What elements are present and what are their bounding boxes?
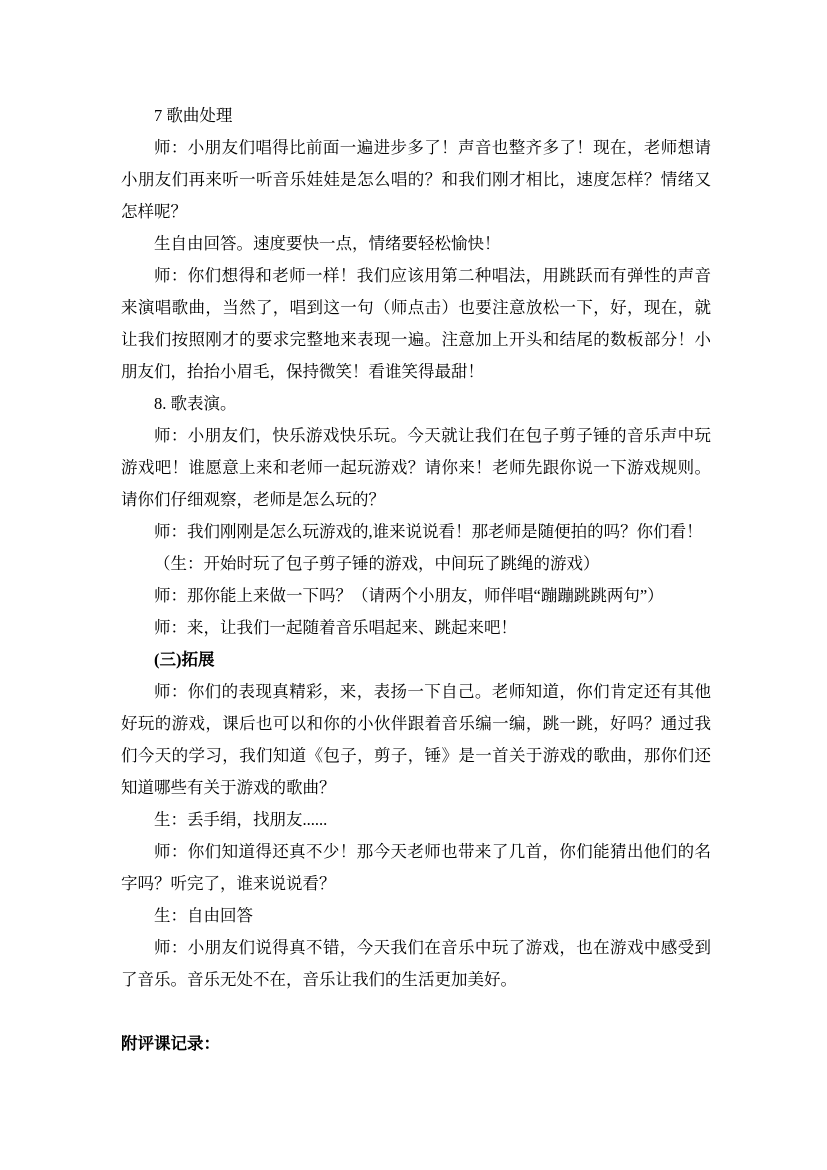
step-heading-song-performance: 8. 歌表演。: [121, 388, 711, 420]
teacher-line: 师：你们知道得还真不少！那今天老师也带来了几首，你们能猜出他们的名字吗？听完了，…: [121, 836, 711, 900]
teacher-line: 师：小朋友们，快乐游戏快乐玩。今天就让我们在包子剪子锤的音乐声中玩游戏吧！谁愿意…: [121, 420, 711, 516]
section-heading-expansion: (三)拓展: [121, 644, 711, 676]
student-line: 生：丢手绢，找朋友......: [121, 804, 711, 836]
teacher-line: 师：你们的表现真精彩，来，表扬一下自己。老师知道，你们肯定还有其他好玩的游戏，课…: [121, 676, 711, 804]
teacher-line: 师：小朋友们唱得比前面一遍进步多了！声音也整齐多了！现在，老师想请小朋友们再来听…: [121, 132, 711, 228]
appendix-heading-review-notes: 附评课记录：: [121, 1028, 711, 1060]
step-heading-song-processing: 7 歌曲处理: [121, 100, 711, 132]
document-page: 7 歌曲处理 师：小朋友们唱得比前面一遍进步多了！声音也整齐多了！现在，老师想请…: [0, 0, 827, 1170]
teacher-line: 师：来，让我们一起随着音乐唱起来、跳起来吧！: [121, 612, 711, 644]
student-line: 生自由回答。速度要快一点，情绪要轻松愉快！: [121, 228, 711, 260]
lesson-plan-body: 7 歌曲处理 师：小朋友们唱得比前面一遍进步多了！声音也整齐多了！现在，老师想请…: [121, 100, 711, 1060]
teacher-line: 师：小朋友们说得真不错，今天我们在音乐中玩了游戏，也在游戏中感受到了音乐。音乐无…: [121, 932, 711, 996]
teacher-line: 师：我们刚刚是怎么玩游戏的,谁来说说看！那老师是随便拍的吗？你们看！: [121, 516, 711, 548]
teacher-line: 师：你们想得和老师一样！我们应该用第二种唱法，用跳跃而有弹性的声音来演唱歌曲，当…: [121, 260, 711, 388]
student-line: （生：开始时玩了包子剪子锤的游戏，中间玩了跳绳的游戏）: [121, 548, 711, 580]
student-line: 生：自由回答: [121, 900, 711, 932]
teacher-line: 师：那你能上来做一下吗？（请两个小朋友，师伴唱“蹦蹦跳跳两句”）: [121, 580, 711, 612]
